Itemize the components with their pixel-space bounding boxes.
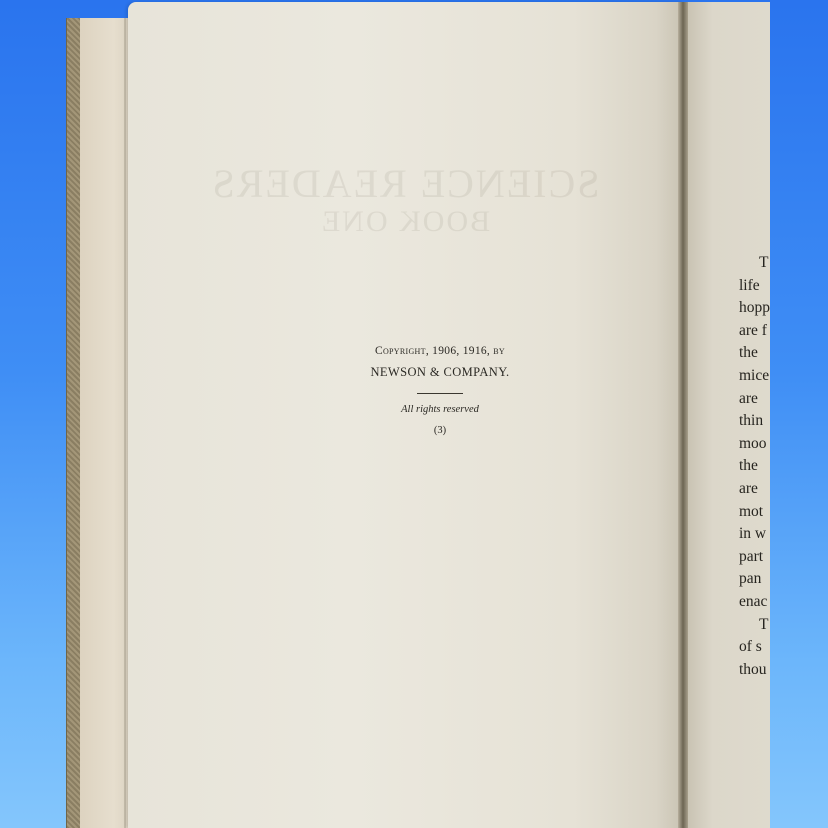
right-page-text: Tlifehoppare fthemicearethinmoothearemot…: [739, 252, 770, 681]
page-number: (3): [320, 425, 560, 436]
text-line: T: [739, 614, 770, 637]
copyright-line: Copyright, 1906, 1916, by: [320, 345, 560, 357]
publisher-name: NEWSON & COMPANY.: [320, 365, 560, 380]
text-line: are f: [739, 320, 770, 343]
text-line: T: [739, 252, 770, 275]
text-line: are: [739, 478, 770, 501]
bleed-through-title: SCIENCE READERS: [130, 160, 680, 207]
copyright-block: Copyright, 1906, 1916, by NEWSON & COMPA…: [320, 345, 560, 436]
text-line: mot: [739, 501, 770, 524]
rights-notice: All rights reserved: [320, 404, 560, 415]
book-photo: SCIENCE READERS BOOK ONE Copyright, 1906…: [0, 0, 828, 828]
text-line: in w: [739, 523, 770, 546]
text-line: moo: [739, 433, 770, 456]
divider-rule: [417, 393, 463, 394]
book-gutter: [678, 2, 688, 828]
text-line: enac: [739, 591, 770, 614]
text-line: part: [739, 546, 770, 569]
text-line: thin: [739, 410, 770, 433]
text-line: the: [739, 455, 770, 478]
text-line: of s: [739, 636, 770, 659]
text-line: pan: [739, 568, 770, 591]
bleed-through-subtitle: BOOK ONE: [130, 205, 680, 239]
text-line: are: [739, 388, 770, 411]
text-line: life: [739, 275, 770, 298]
text-line: the: [739, 342, 770, 365]
text-line: hopp: [739, 297, 770, 320]
text-line: thou: [739, 659, 770, 682]
text-line: mice: [739, 365, 770, 388]
